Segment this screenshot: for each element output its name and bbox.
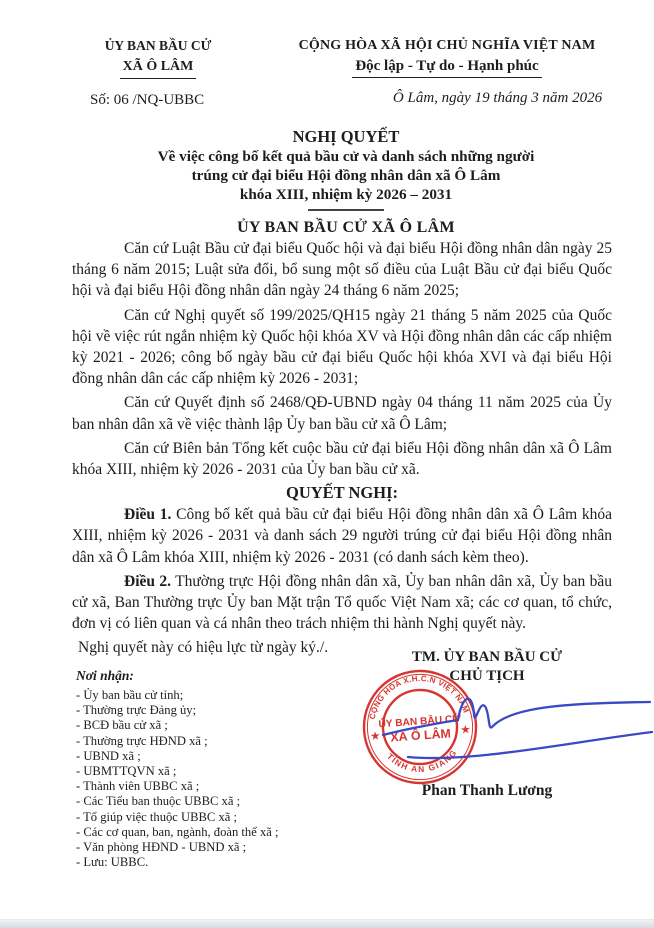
recipient-item: - Tổ giúp việc thuộc UBBC xã ; — [76, 810, 326, 825]
title-block: NGHỊ QUYẾT Về việc công bố kết quả bầu c… — [72, 126, 620, 237]
recipient-item: - Lưu: UBBC. — [76, 855, 326, 870]
issuing-org-block: ỦY BAN BẦU CỬ XÃ Ô LÂM — [92, 36, 224, 79]
article-2-label: Điều 2. — [124, 573, 171, 590]
national-header-block: CỘNG HÒA XÃ HỘI CHỦ NGHĨA VIỆT NAM Độc l… — [287, 36, 607, 78]
recipient-item: - Ủy ban bầu cử tỉnh; — [76, 688, 326, 703]
signature-onbehalf: TM. ỦY BAN BẦU CỬ — [368, 648, 606, 667]
org-name-line1: ỦY BAN BẦU CỬ — [92, 36, 224, 56]
recipient-item: - Thành viên UBBC xã ; — [76, 779, 326, 794]
signature-ink — [340, 670, 654, 770]
recipient-item: - BCĐ bầu cử xã ; — [76, 718, 326, 733]
document-page: ỦY BAN BẦU CỬ XÃ Ô LÂM CỘNG HÒA XÃ HỘI C… — [0, 0, 654, 928]
document-body: Căn cứ Luật Bầu cử đại biểu Quốc hội và … — [72, 238, 612, 662]
article-2: Điều 2. Thường trực Hội đồng nhân dân xã… — [72, 571, 612, 635]
title-divider — [308, 209, 384, 211]
resolves-heading: QUYẾT NGHỊ: — [72, 483, 612, 503]
national-motto: Độc lập - Tự do - Hạnh phúc — [352, 56, 541, 78]
title-line-3: khóa XIII, nhiệm kỳ 2026 – 2031 — [72, 185, 620, 204]
national-title: CỘNG HÒA XÃ HỘI CHỦ NGHĨA VIỆT NAM — [287, 36, 607, 56]
title-line-1: Về việc công bố kết quả bầu cử và danh s… — [72, 147, 620, 166]
preamble-paragraph-1: Căn cứ Luật Bầu cử đại biểu Quốc hội và … — [72, 238, 612, 302]
recipient-item: - Các Tiểu ban thuộc UBBC xã ; — [76, 794, 326, 809]
preamble-paragraph-2: Căn cứ Nghị quyết số 199/2025/QH15 ngày … — [72, 305, 612, 390]
issuer-heading: ỦY BAN BẦU CỬ XÃ Ô LÂM — [72, 219, 620, 237]
recipient-item: - Thường trực HĐND xã ; — [76, 734, 326, 749]
recipient-item: - Thường trực Đảng ủy; — [76, 703, 326, 718]
doc-number: Số: 06 /NQ-UBBC — [90, 92, 204, 109]
signer-name: Phan Thanh Lương — [368, 782, 606, 800]
recipient-item: - Các cơ quan, ban, ngành, đoàn thể xã ; — [76, 825, 326, 840]
preamble-paragraph-3: Căn cứ Quyết định số 2468/QĐ-UBND ngày 0… — [72, 392, 612, 434]
recipient-item: - UBMTTQVN xã ; — [76, 764, 326, 779]
signature-strokes — [383, 699, 652, 758]
recipients-block: Nơi nhận: - Ủy ban bầu cử tỉnh; - Thường… — [76, 668, 326, 870]
page-bottom-edge — [0, 919, 654, 928]
recipient-item: - UBND xã ; — [76, 749, 326, 764]
doc-type-heading: NGHỊ QUYẾT — [72, 126, 620, 147]
article-1-label: Điều 1. — [124, 506, 171, 523]
org-name-line2: XÃ Ô LÂM — [120, 57, 197, 79]
title-line-2: trúng cử đại biểu Hội đồng nhân dân xã Ô… — [72, 166, 620, 185]
recipient-item: - Văn phòng HĐND - UBND xã ; — [76, 840, 326, 855]
recipients-heading: Nơi nhận: — [76, 668, 326, 684]
preamble-paragraph-4: Căn cứ Biên bản Tổng kết cuộc bầu cử đại… — [72, 438, 612, 480]
doc-date: Ô Lâm, ngày 19 tháng 3 năm 2026 — [380, 90, 615, 107]
article-1: Điều 1. Công bố kết quả bầu cử đại biểu … — [72, 504, 612, 568]
